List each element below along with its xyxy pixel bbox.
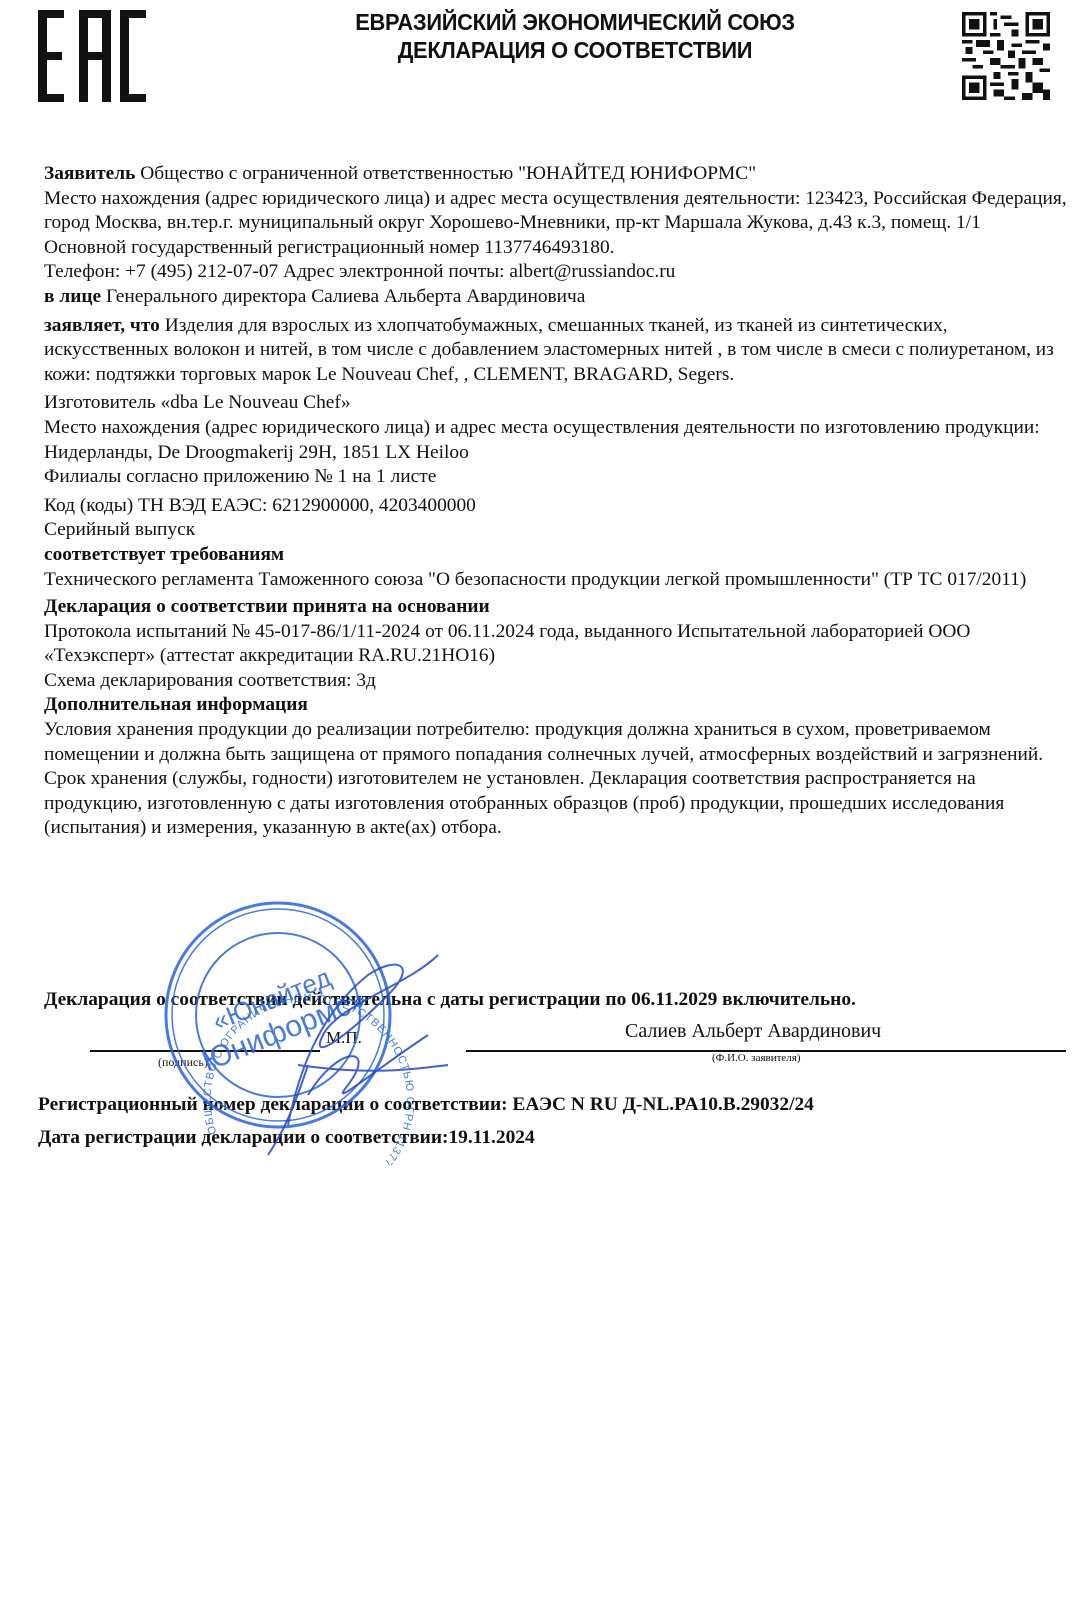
additional-heading: Дополнительная информация bbox=[44, 693, 1074, 718]
signature-caption: (подпись) bbox=[158, 1055, 208, 1070]
tnved-codes: Код (коды) ТН ВЭД ЕАЭС: 6212900000, 4203… bbox=[44, 494, 1074, 519]
applicant-line: Заявитель Общество с ограниченной ответс… bbox=[44, 162, 1074, 187]
basis-heading: Декларация о соответствии принята на осн… bbox=[44, 595, 1074, 620]
stamp-place-label: М.П. bbox=[326, 1028, 362, 1048]
validity-statement: Декларация о соответствии действительна … bbox=[44, 989, 856, 1011]
manufacturer-name: Изготовитель «dba Le Nouveau Chef» bbox=[44, 391, 1074, 416]
manufacturer-branches: Филиалы согласно приложению № 1 на 1 лис… bbox=[44, 465, 1074, 490]
applicant-ogrn: Основной государственный регистрационный… bbox=[44, 236, 1074, 261]
qr-code-icon bbox=[962, 12, 1050, 100]
company-stamp-icon: ОБЩЕСТВО С ОГРАНИЧЕННОЙ ОТВЕТСТВЕННОСТЬЮ… bbox=[148, 895, 448, 1165]
declaration-body: Заявитель Общество с ограниченной ответс… bbox=[44, 162, 1074, 841]
manufacturer-address: Место нахождения (адрес юридического лиц… bbox=[44, 416, 1074, 465]
declares-text: заявляет, что Изделия для взрослых из хл… bbox=[44, 314, 1074, 388]
registration-date: Дата регистрации декларации о соответств… bbox=[38, 1127, 535, 1149]
applicant-contacts: Телефон: +7 (495) 212-07-07 Адрес электр… bbox=[44, 260, 1074, 285]
registration-number: Регистрационный номер декларации о соотв… bbox=[38, 1094, 814, 1116]
additional-text: Условия хранения продукции до реализации… bbox=[44, 718, 1059, 841]
eac-logo-icon bbox=[38, 10, 146, 102]
requirements-heading: соответствует требованиям bbox=[44, 543, 1074, 568]
fio-caption: (Ф.И.О. заявителя) bbox=[712, 1052, 801, 1064]
requirements-text: Технического регламента Таможенного союз… bbox=[44, 568, 1044, 593]
applicant-address: Место нахождения (адрес юридического лиц… bbox=[44, 187, 1074, 236]
basis-protocol: Протокола испытаний № 45-017-86/1/11-202… bbox=[44, 620, 1054, 669]
document-title: ЕВРАЗИЙСКИЙ ЭКОНОМИЧЕСКИЙ СОЮЗ ДЕКЛАРАЦИ… bbox=[257, 8, 894, 64]
production-type: Серийный выпуск bbox=[44, 518, 1074, 543]
represented-by: в лице Генерального директора Салиева Ал… bbox=[44, 285, 1074, 310]
basis-scheme: Схема декларирования соответствия: 3д bbox=[44, 669, 1074, 694]
applicant-fio: Салиев Альберт Авардинович bbox=[625, 1020, 881, 1043]
signature-line bbox=[90, 1050, 320, 1052]
